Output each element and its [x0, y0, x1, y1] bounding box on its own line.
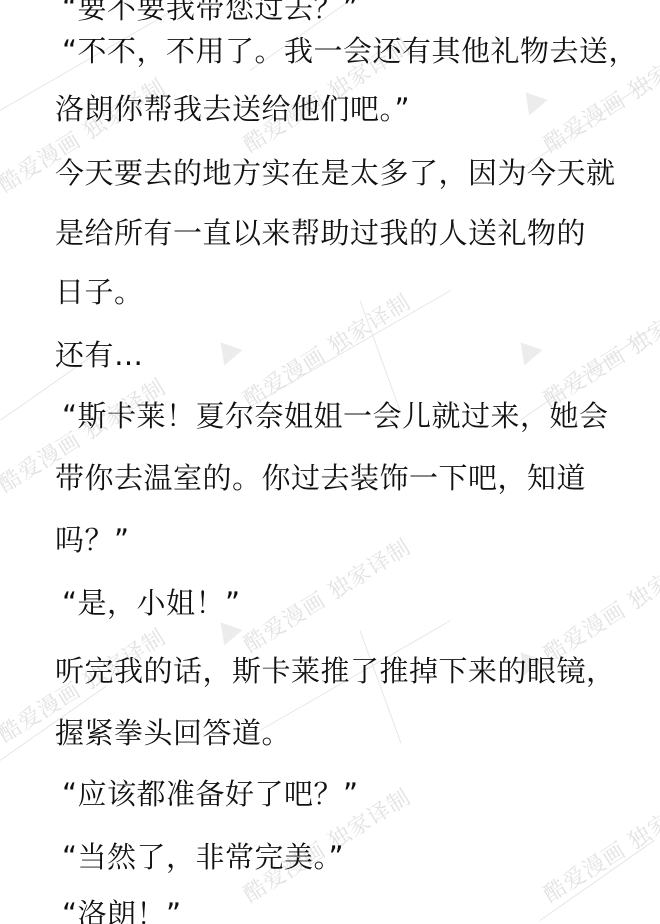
- text-line: “是，小姐！”: [62, 586, 241, 620]
- text-line: 带你去温室的。你过去装饰一下吧，知道: [55, 461, 586, 495]
- text-line: 今天要去的地方实在是太多了，因为今天就: [55, 156, 616, 190]
- text-line: 听完我的话，斯卡莱推了推掉下来的眼镜，: [55, 654, 616, 688]
- text-line: “不不，不用了。我一会还有其他礼物去送，: [62, 34, 638, 68]
- novel-text: “要不要我带您过去？” “不不，不用了。我一会还有其他礼物去送， 洛朗你帮我去送…: [0, 0, 660, 924]
- text-line: 日子。: [55, 275, 144, 309]
- text-line: “当然了，非常完美。”: [62, 840, 344, 874]
- text-line: 握紧拳头回答道。: [55, 716, 291, 750]
- text-line: “洛朗！”: [62, 897, 182, 924]
- text-line: 洛朗你帮我去送给他们吧。”: [55, 92, 410, 126]
- text-line: 是给所有一直以来帮助过我的人送礼物的: [55, 216, 586, 250]
- text-line: 还有…: [55, 338, 144, 372]
- text-line: “应该都准备好了吧？”: [62, 777, 359, 811]
- text-line: “要不要我带您过去？”: [62, 0, 359, 25]
- text-line: “斯卡莱！夏尔奈姐姐一会儿就过来，她会: [62, 399, 609, 433]
- text-line: 吗？”: [55, 523, 130, 557]
